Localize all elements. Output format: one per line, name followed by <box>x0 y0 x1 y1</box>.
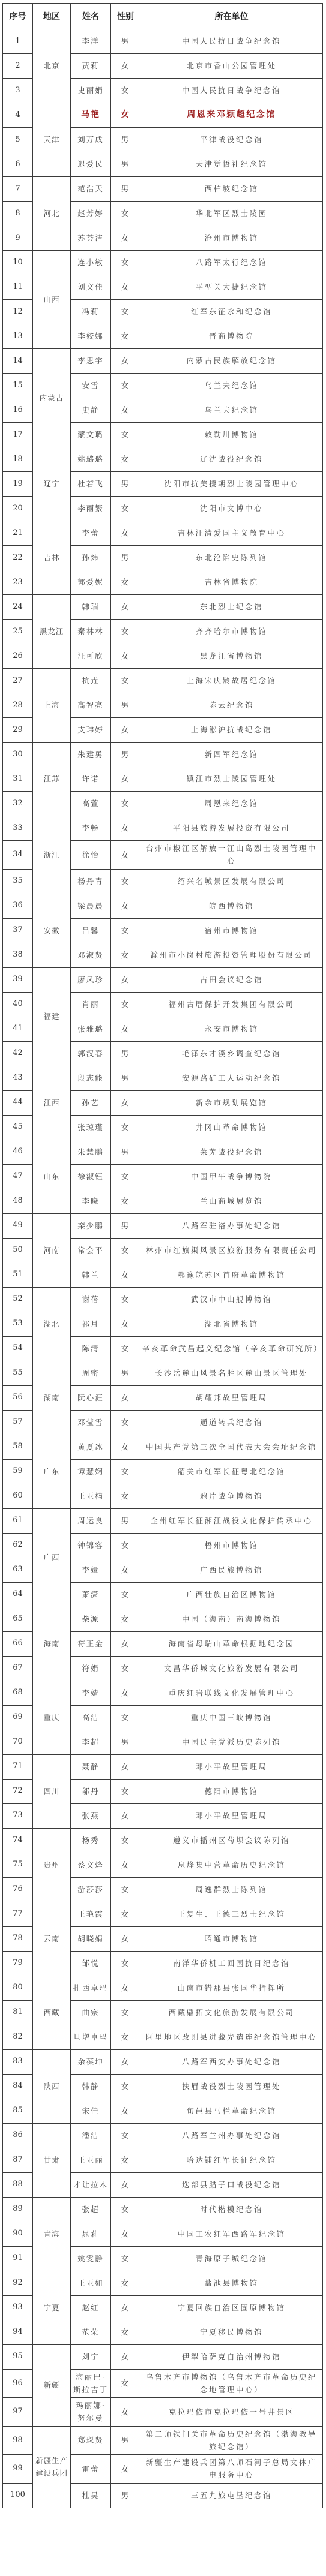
serial-number-cell: 17 <box>3 423 33 447</box>
work-unit-cell: 东北烈士纪念馆 <box>140 595 323 620</box>
serial-number-cell: 85 <box>3 2099 33 2123</box>
gender-cell: 女 <box>111 816 140 841</box>
serial-number-cell: 74 <box>3 1828 33 1853</box>
region-cell: 湖南 <box>33 1361 71 1435</box>
person-name-cell: 肖丽 <box>71 992 111 1017</box>
serial-number-cell: 75 <box>3 1853 33 1877</box>
person-name-cell: 胡晓娟 <box>71 1926 111 1951</box>
person-name-cell: 常会平 <box>71 1238 111 1263</box>
table-row: 68重庆李婧女重庆红岩联线文化发展管理中心 <box>3 1681 323 1705</box>
work-unit-cell: 永安市博物馆 <box>140 1017 323 1041</box>
person-name-cell: 郭汉春 <box>71 1041 111 1066</box>
gender-cell: 女 <box>111 1238 140 1263</box>
person-name-cell: 王亚如 <box>71 2271 111 2295</box>
gender-cell: 男 <box>111 1361 140 1385</box>
person-name-cell: 海丽巴·斯拉吉丁 <box>71 2369 111 2398</box>
gender-cell: 男 <box>111 1730 140 1754</box>
person-name-cell: 朱建勇 <box>71 743 111 767</box>
gender-cell: 男 <box>111 472 140 497</box>
gender-cell: 女 <box>111 1951 140 1976</box>
gender-cell: 女 <box>111 620 140 644</box>
table-row: 46山东朱慧鹏男莱芜战役纪念馆 <box>3 1140 323 1164</box>
person-name-cell: 谢蓓 <box>71 1287 111 1312</box>
work-unit-cell: 华北军区烈士陵园 <box>140 202 323 226</box>
work-unit-cell: 遵义市播州区苟坝会议陈列馆 <box>140 1828 323 1853</box>
work-unit-cell: 东北沦陷史陈列馆 <box>140 546 323 570</box>
gender-cell: 男 <box>111 743 140 767</box>
header-name: 姓名 <box>71 4 111 29</box>
gender-cell: 女 <box>111 1631 140 1656</box>
serial-number-cell: 89 <box>3 2197 33 2222</box>
region-cell: 甘肃 <box>33 2123 71 2197</box>
work-unit-cell: 周恩来纪念馆 <box>140 792 323 816</box>
serial-number-cell: 8 <box>3 202 33 226</box>
table-row: 24黑龙江韩瑞女东北烈士纪念馆 <box>3 595 323 620</box>
work-unit-cell: 鄂豫皖苏区首府革命博物馆 <box>140 1263 323 1287</box>
person-name-cell: 孙炜 <box>71 546 111 570</box>
header-serial-number: 序号 <box>3 4 33 29</box>
person-name-cell: 杨秀 <box>71 1828 111 1853</box>
work-unit-cell: 平阳县旅游发展投资有限公司 <box>140 816 323 841</box>
work-unit-cell: 山南市错那县张国华指挥所 <box>140 1976 323 2000</box>
person-name-cell: 孙艺 <box>71 1090 111 1115</box>
person-name-cell: 韩兰 <box>71 1263 111 1287</box>
gender-cell: 女 <box>111 1459 140 1484</box>
serial-number-cell: 30 <box>3 743 33 767</box>
gender-cell: 女 <box>111 918 140 943</box>
gender-cell: 女 <box>111 2049 140 2074</box>
work-unit-cell: 八路军西安办事处纪念馆 <box>140 2049 323 2074</box>
gender-cell: 女 <box>111 1803 140 1828</box>
serial-number-cell: 42 <box>3 1041 33 1066</box>
region-cell: 江西 <box>33 1066 71 1140</box>
person-name-cell: 韩静 <box>71 2074 111 2099</box>
serial-number-cell: 77 <box>3 1902 33 1926</box>
region-cell: 天津 <box>33 103 71 177</box>
person-name-cell: 张超 <box>71 2197 111 2222</box>
gender-cell: 女 <box>111 1263 140 1287</box>
person-name-cell: 周密 <box>71 1361 111 1385</box>
gender-cell: 女 <box>111 1582 140 1607</box>
region-cell: 宁夏 <box>33 2271 71 2344</box>
person-name-cell: 钟锦容 <box>71 1533 111 1558</box>
serial-number-cell: 92 <box>3 2271 33 2295</box>
person-name-cell: 徐淑钰 <box>71 1164 111 1189</box>
work-unit-cell: 克拉玛依市克拉玛依一号井景区 <box>140 2398 323 2427</box>
table-row: 14内蒙古李思宇女内蒙古民族解放纪念馆 <box>3 349 323 374</box>
gender-cell: 女 <box>111 497 140 521</box>
work-unit-cell: 中国民主党派历史陈列馆 <box>140 1730 323 1754</box>
serial-number-cell: 16 <box>3 398 33 423</box>
serial-number-cell: 90 <box>3 2222 33 2246</box>
serial-number-cell: 82 <box>3 2025 33 2049</box>
serial-number-cell: 10 <box>3 251 33 275</box>
serial-number-cell: 2 <box>3 54 33 79</box>
person-name-cell: 潘洁 <box>71 2123 111 2148</box>
work-unit-cell: 台州市椒江区解放一江山岛烈士陵园管理中心 <box>140 841 323 870</box>
person-name-cell: 高洁 <box>71 1705 111 1730</box>
gender-cell: 女 <box>111 423 140 447</box>
region-cell: 广东 <box>33 1435 71 1508</box>
person-name-cell: 段志能 <box>71 1066 111 1090</box>
gender-cell: 女 <box>111 2099 140 2123</box>
serial-number-cell: 99 <box>3 2455 33 2484</box>
gender-cell: 女 <box>111 1287 140 1312</box>
table-row: 18辽宁姚璐璐女辽沈战役纪念馆 <box>3 447 323 472</box>
serial-number-cell: 51 <box>3 1263 33 1287</box>
serial-number-cell: 62 <box>3 1533 33 1558</box>
serial-number-cell: 69 <box>3 1705 33 1730</box>
serial-number-cell: 55 <box>3 1361 33 1385</box>
gender-cell: 女 <box>111 1877 140 1902</box>
person-name-cell: 邓莹雪 <box>71 1410 111 1435</box>
gender-cell: 女 <box>111 398 140 423</box>
header-region: 地区 <box>33 4 71 29</box>
person-name-cell: 李洋 <box>71 29 111 54</box>
serial-number-cell: 63 <box>3 1558 33 1582</box>
work-unit-cell: 辛亥革命武昌起义纪念馆（辛亥革命研究所） <box>140 1336 323 1361</box>
work-unit-cell: 重庆中国三峡博物馆 <box>140 1705 323 1730</box>
serial-number-cell: 5 <box>3 128 33 152</box>
table-row: 80西藏扎西卓玛女山南市错那县张国华指挥所 <box>3 1976 323 2000</box>
region-cell: 辽宁 <box>33 447 71 521</box>
work-unit-cell: 北京市香山公园管理处 <box>140 54 323 79</box>
table-row: 49河南栾少鹏男八路军驻洛办事处纪念馆 <box>3 1213 323 1238</box>
work-unit-cell: 青海原子城纪念馆 <box>140 2246 323 2271</box>
work-unit-cell: 中国甲午战争博物院 <box>140 1164 323 1189</box>
person-name-cell: 范荣 <box>71 2320 111 2344</box>
work-unit-cell: 中国工农红军西路军纪念馆 <box>140 2222 323 2246</box>
region-cell: 湖北 <box>33 1287 71 1361</box>
gender-cell: 女 <box>111 1115 140 1140</box>
region-cell: 福建 <box>33 967 71 1066</box>
serial-number-cell: 43 <box>3 1066 33 1090</box>
work-unit-cell: 南洋华侨机工回国抗日纪念馆 <box>140 1951 323 1976</box>
person-name-cell: 赵芳婷 <box>71 202 111 226</box>
table-row: 74贵州杨秀女遵义市播州区苟坝会议陈列馆 <box>3 1828 323 1853</box>
work-unit-cell: 武汉市中山舰博物馆 <box>140 1287 323 1312</box>
work-unit-cell: 上海淞沪抗战纪念馆 <box>140 718 323 743</box>
person-name-cell: 王亚楠 <box>71 1484 111 1508</box>
serial-number-cell: 23 <box>3 570 33 595</box>
gender-cell: 女 <box>111 767 140 792</box>
work-unit-cell: 昭通市博物馆 <box>140 1926 323 1951</box>
table-row: 52湖北谢蓓女武汉市中山舰博物馆 <box>3 1287 323 1312</box>
region-cell: 重庆 <box>33 1681 71 1754</box>
gender-cell: 女 <box>111 1754 140 1779</box>
person-name-cell: 汪可欣 <box>71 644 111 669</box>
gender-cell: 女 <box>111 2172 140 2197</box>
work-unit-cell: 哈达铺红军长征纪念馆 <box>140 2148 323 2172</box>
serial-number-cell: 71 <box>3 1754 33 1779</box>
work-unit-cell: 滁州市小岗村旅游投资管理股份有限公司 <box>140 943 323 967</box>
work-unit-cell: 新余市规划展览馆 <box>140 1090 323 1115</box>
serial-number-cell: 61 <box>3 1508 33 1533</box>
person-name-cell: 史静 <box>71 398 111 423</box>
serial-number-cell: 97 <box>3 2398 33 2427</box>
gender-cell: 男 <box>111 1213 140 1238</box>
table-row: 83陕西余葆坤女八路军西安办事处纪念馆 <box>3 2049 323 2074</box>
person-name-cell: 黄夏冰 <box>71 1435 111 1459</box>
gender-cell: 男 <box>111 152 140 177</box>
work-unit-cell: 迭部县腊子口战役纪念馆 <box>140 2172 323 2197</box>
gender-cell: 女 <box>111 275 140 300</box>
gender-cell: 女 <box>111 521 140 546</box>
gender-cell: 女 <box>111 2222 140 2246</box>
person-name-cell: 姚雯静 <box>71 2246 111 2271</box>
work-unit-cell: 海南省母瑞山革命根据地纪念园 <box>140 1631 323 1656</box>
gender-cell: 女 <box>111 1164 140 1189</box>
work-unit-cell: 扶眉战役烈士陵园管理处 <box>140 2074 323 2099</box>
person-name-cell: 聂静 <box>71 1754 111 1779</box>
region-cell: 新疆 <box>33 2344 71 2426</box>
person-name-cell: 苏荟洁 <box>71 226 111 251</box>
region-cell: 山西 <box>33 251 71 349</box>
person-name-cell: 杜昊 <box>71 2483 111 2508</box>
serial-number-cell: 36 <box>3 894 33 918</box>
person-name-cell: 廖凤珍 <box>71 967 111 992</box>
gender-cell: 女 <box>111 300 140 324</box>
gender-cell: 女 <box>111 2320 140 2344</box>
person-name-cell: 徐怡 <box>71 841 111 870</box>
gender-cell: 女 <box>111 1656 140 1681</box>
work-unit-cell: 重庆红岩联线文化发展管理中心 <box>140 1681 323 1705</box>
person-name-cell: 李蕾 <box>71 521 111 546</box>
person-name-cell: 宋佳 <box>71 2099 111 2123</box>
gender-cell: 男 <box>111 2483 140 2508</box>
gender-cell: 女 <box>111 943 140 967</box>
gender-cell: 女 <box>111 1681 140 1705</box>
gender-cell: 女 <box>111 2148 140 2172</box>
person-name-cell: 梁晨晨 <box>71 894 111 918</box>
serial-number-cell: 79 <box>3 1951 33 1976</box>
gender-cell: 女 <box>111 2271 140 2295</box>
table-row: 86甘肃潘洁女八路军兰州办事处纪念馆 <box>3 2123 323 2148</box>
person-name-cell: 冯莉 <box>71 300 111 324</box>
serial-number-cell: 87 <box>3 2148 33 2172</box>
region-cell: 云南 <box>33 1902 71 1976</box>
serial-number-cell: 47 <box>3 1164 33 1189</box>
table-row: 77云南王艳霞女王复生、王德三烈士纪念馆 <box>3 1902 323 1926</box>
table-row: 39福建廖凤珍女古田会议纪念馆 <box>3 967 323 992</box>
region-cell: 四川 <box>33 1754 71 1828</box>
serial-number-cell: 41 <box>3 1017 33 1041</box>
gender-cell: 女 <box>111 1926 140 1951</box>
person-name-cell: 连小敏 <box>71 251 111 275</box>
person-name-cell: 赵红 <box>71 2295 111 2320</box>
person-name-cell: 高智亮 <box>71 693 111 718</box>
work-unit-cell: 毛泽东才溪乡调查纪念馆 <box>140 1041 323 1066</box>
serial-number-cell: 52 <box>3 1287 33 1312</box>
gender-cell: 女 <box>111 792 140 816</box>
table-row: 98新疆生产建设兵团郑琛贤男第二师铁门关市革命历史纪念馆（渤海教导旅纪念馆） <box>3 2426 323 2455</box>
work-unit-cell: 安源路矿工人运动纪念馆 <box>140 1066 323 1090</box>
gender-cell: 女 <box>111 103 140 128</box>
work-unit-cell: 上海宋庆龄故居纪念馆 <box>140 669 323 693</box>
gender-cell: 女 <box>111 1410 140 1435</box>
table-row: 21吉林李蕾女吉林汪清爱国主义教育中心 <box>3 521 323 546</box>
gender-cell: 男 <box>111 29 140 54</box>
person-name-cell: 李畅 <box>71 816 111 841</box>
serial-number-cell: 13 <box>3 324 33 349</box>
work-unit-cell: 天津觉悟社纪念馆 <box>140 152 323 177</box>
serial-number-cell: 14 <box>3 349 33 374</box>
work-unit-cell: 井冈山革命博物馆 <box>140 1115 323 1140</box>
gender-cell: 女 <box>111 2369 140 2398</box>
serial-number-cell: 67 <box>3 1656 33 1681</box>
region-cell: 黑龙江 <box>33 595 71 669</box>
serial-number-cell: 60 <box>3 1484 33 1508</box>
person-name-cell: 栾少鹏 <box>71 1213 111 1238</box>
work-unit-cell: 新四军纪念馆 <box>140 743 323 767</box>
gender-cell: 女 <box>111 2455 140 2484</box>
work-unit-cell: 福州古厝保护开发集团有限公司 <box>140 992 323 1017</box>
person-name-cell: 马艳 <box>71 103 111 128</box>
region-cell: 上海 <box>33 669 71 743</box>
person-name-cell: 刘宁 <box>71 2344 111 2369</box>
table-row: 65海南柴源女中国（海南）南海博物馆 <box>3 1607 323 1631</box>
region-cell: 贵州 <box>33 1828 71 1902</box>
work-unit-cell: 皖西博物馆 <box>140 894 323 918</box>
work-unit-cell: 西柏坡纪念馆 <box>140 177 323 202</box>
gender-cell: 男 <box>111 128 140 152</box>
gender-cell: 女 <box>111 644 140 669</box>
work-unit-cell: 平津战役纪念馆 <box>140 128 323 152</box>
serial-number-cell: 91 <box>3 2246 33 2271</box>
person-name-cell: 秦林林 <box>71 620 111 644</box>
person-name-cell: 安雪 <box>71 374 111 398</box>
serial-number-cell: 22 <box>3 546 33 570</box>
gender-cell: 女 <box>111 967 140 992</box>
serial-number-cell: 37 <box>3 918 33 943</box>
work-unit-cell: 辽沈战役纪念馆 <box>140 447 323 472</box>
region-cell: 吉林 <box>33 521 71 595</box>
person-name-cell: 许诺 <box>71 767 111 792</box>
header-work-unit: 所在单位 <box>140 4 323 29</box>
region-cell: 新疆生产建设兵团 <box>33 2426 71 2508</box>
person-name-cell: 杜若飞 <box>71 472 111 497</box>
person-name-cell: 李超 <box>71 1730 111 1754</box>
work-unit-cell: 八路军兰州办事处纪念馆 <box>140 2123 323 2148</box>
table-row: 30江苏朱建勇男新四军纪念馆 <box>3 743 323 767</box>
work-unit-cell: 中国共产党第三次全国代表大会会址纪念馆 <box>140 1435 323 1459</box>
serial-number-cell: 12 <box>3 300 33 324</box>
serial-number-cell: 73 <box>3 1803 33 1828</box>
work-unit-cell: 中国（海南）南海博物馆 <box>140 1607 323 1631</box>
gender-cell: 女 <box>111 447 140 472</box>
table-row: 61广西周运良男全州红军长征湘江战役文化保护传承中心 <box>3 1508 323 1533</box>
person-name-cell: 张琼瑾 <box>71 1115 111 1140</box>
table-header: 序号 地区 姓名 性别 所在单位 <box>3 4 323 29</box>
gender-cell: 女 <box>111 1189 140 1213</box>
person-name-cell: 郭爱妮 <box>71 570 111 595</box>
serial-number-cell: 3 <box>3 79 33 103</box>
serial-number-cell: 21 <box>3 521 33 546</box>
work-unit-cell: 中国人民抗日战争纪念馆 <box>140 79 323 103</box>
serial-number-cell: 86 <box>3 2123 33 2148</box>
table-row: 33浙江李畅女平阳县旅游发展投资有限公司 <box>3 816 323 841</box>
serial-number-cell: 15 <box>3 374 33 398</box>
serial-number-cell: 9 <box>3 226 33 251</box>
gender-cell: 女 <box>111 226 140 251</box>
region-cell: 西藏 <box>33 1976 71 2049</box>
gender-cell: 女 <box>111 349 140 374</box>
gender-cell: 女 <box>111 1853 140 1877</box>
serial-number-cell: 34 <box>3 841 33 870</box>
serial-number-cell: 6 <box>3 152 33 177</box>
serial-number-cell: 54 <box>3 1336 33 1361</box>
gender-cell: 男 <box>111 1066 140 1090</box>
serial-number-cell: 40 <box>3 992 33 1017</box>
person-name-cell: 张雅璐 <box>71 1017 111 1041</box>
work-unit-cell: 内蒙古民族解放纪念馆 <box>140 349 323 374</box>
serial-number-cell: 25 <box>3 620 33 644</box>
gender-cell: 女 <box>111 1484 140 1508</box>
serial-number-cell: 4 <box>3 103 33 128</box>
serial-number-cell: 49 <box>3 1213 33 1238</box>
serial-number-cell: 31 <box>3 767 33 792</box>
serial-number-cell: 65 <box>3 1607 33 1631</box>
gender-cell: 女 <box>111 669 140 693</box>
gender-cell: 女 <box>111 1385 140 1410</box>
table-row: 27上海杭垚女上海宋庆龄故居纪念馆 <box>3 669 323 693</box>
person-name-cell: 祁月 <box>71 1312 111 1336</box>
region-cell: 河北 <box>33 177 71 251</box>
person-name-cell: 曲宗 <box>71 2000 111 2025</box>
person-name-cell: 姚璐璐 <box>71 447 111 472</box>
serial-number-cell: 35 <box>3 869 33 894</box>
serial-number-cell: 98 <box>3 2426 33 2455</box>
gender-cell: 女 <box>111 1607 140 1631</box>
work-unit-cell: 乌兰夫纪念馆 <box>140 398 323 423</box>
person-name-cell: 谭慧娴 <box>71 1459 111 1484</box>
serial-number-cell: 33 <box>3 816 33 841</box>
person-name-cell: 李思宇 <box>71 349 111 374</box>
work-unit-cell: 乌鲁木齐市博物馆（乌鲁木齐市革命历史纪念地管理中心） <box>140 2369 323 2398</box>
person-name-cell: 杨丹青 <box>71 869 111 894</box>
gender-cell: 女 <box>111 1312 140 1336</box>
gender-cell: 女 <box>111 2000 140 2025</box>
person-name-cell: 邓淑贤 <box>71 943 111 967</box>
gender-cell: 女 <box>111 2398 140 2427</box>
work-unit-cell: 王复生、王德三烈士纪念馆 <box>140 1902 323 1926</box>
work-unit-cell: 绍兴名城景区发展有限公司 <box>140 869 323 894</box>
serial-number-cell: 38 <box>3 943 33 967</box>
serial-number-cell: 1 <box>3 29 33 54</box>
person-name-cell: 余葆坤 <box>71 2049 111 2074</box>
person-name-cell: 阮心涯 <box>71 1385 111 1410</box>
serial-number-cell: 57 <box>3 1410 33 1435</box>
gender-cell: 女 <box>111 1090 140 1115</box>
gender-cell: 男 <box>111 1508 140 1533</box>
serial-number-cell: 68 <box>3 1681 33 1705</box>
work-unit-cell: 伊犁哈萨克自治州博物馆 <box>140 2344 323 2369</box>
work-unit-cell: 沈阳市抗美援朝烈士陵园管理中心 <box>140 472 323 497</box>
person-name-cell: 蔡文烽 <box>71 1853 111 1877</box>
gender-cell: 女 <box>111 1435 140 1459</box>
work-unit-cell: 湖北省博物馆 <box>140 1312 323 1336</box>
table-row: 55湖南周密男长沙岳麓山风景名胜区麓山景区管理处 <box>3 1361 323 1385</box>
person-name-cell: 扎西卓玛 <box>71 1976 111 2000</box>
work-unit-cell: 吉林省博物院 <box>140 570 323 595</box>
gender-cell: 女 <box>111 79 140 103</box>
work-unit-cell: 沈阳市文博中心 <box>140 497 323 521</box>
table-row: 58广东黄夏冰女中国共产党第三次全国代表大会会址纪念馆 <box>3 1435 323 1459</box>
serial-number-cell: 81 <box>3 2000 33 2025</box>
person-name-cell: 雷蕾 <box>71 2455 111 2484</box>
table-row: 10山西连小敏女八路军太行纪念馆 <box>3 251 323 275</box>
gender-cell: 男 <box>111 1140 140 1164</box>
